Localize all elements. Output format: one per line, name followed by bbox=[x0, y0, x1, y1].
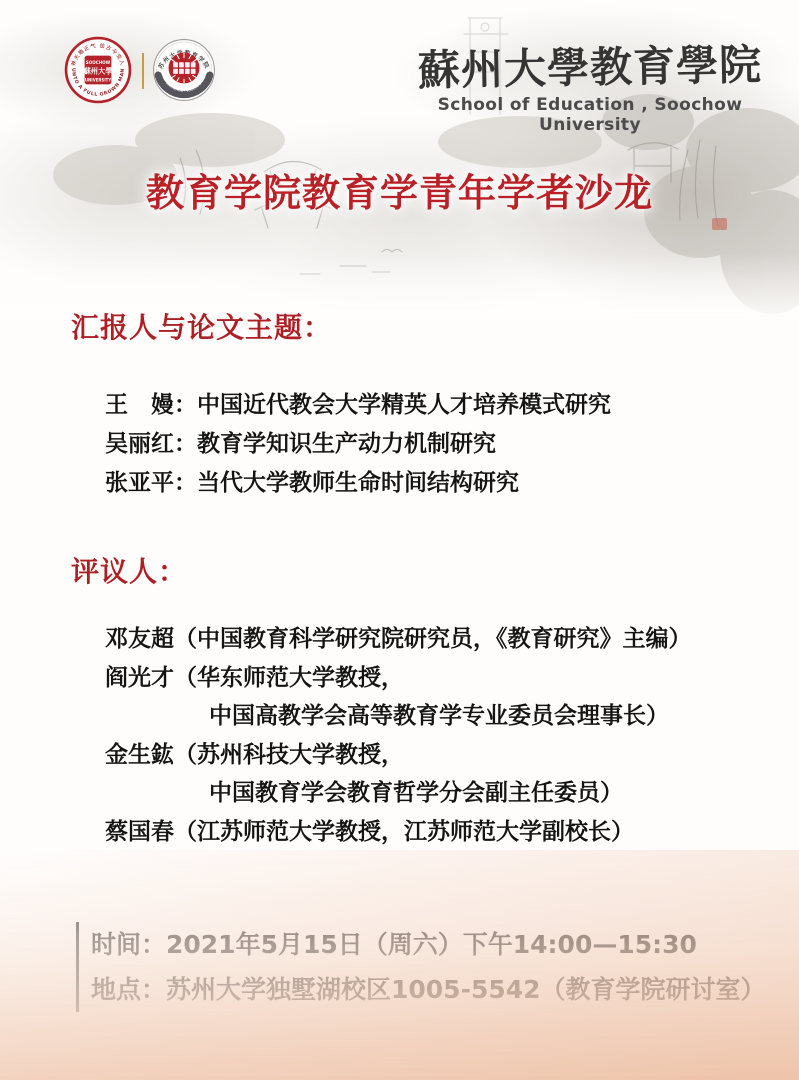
seal-center-en-top: SOOCHOW bbox=[86, 60, 111, 65]
event-poster: 养天地正气 法古今完人 UNTO A FULL GROWN MAN SOOCHO… bbox=[0, 0, 799, 1080]
presenter-item: 王 嫚：中国近代教会大学精英人才培养模式研究 bbox=[105, 386, 761, 425]
soochow-university-seal: 养天地正气 法古今完人 UNTO A FULL GROWN MAN SOOCHO… bbox=[64, 36, 132, 104]
bottom-gradient-decoration bbox=[0, 850, 799, 1080]
poster-content: 汇报人与论文主题： 王 嫚：中国近代教会大学精英人才培养模式研究 吴丽红：教育学… bbox=[71, 306, 761, 851]
presenter-item: 张亚平：当代大学教师生命时间结构研究 bbox=[105, 464, 761, 503]
reviewers-heading: 评议人： bbox=[71, 550, 761, 590]
logo-divider bbox=[142, 53, 144, 89]
reviewer-item-continuation: 中国教育学会教育哲学分会副主任委员） bbox=[209, 774, 761, 813]
reviewer-item: 蔡国春（江苏师范大学教授，江苏师范大学副校长） bbox=[105, 813, 761, 852]
reviewer-item-continuation: 中国高教学会高等教育学专业委员会理事长） bbox=[209, 697, 761, 736]
presenter-item: 吴丽红：教育学知识生产动力机制研究 bbox=[105, 425, 761, 464]
presenter-list: 王 嫚：中国近代教会大学精英人才培养模式研究 吴丽红：教育学知识生产动力机制研究… bbox=[105, 386, 761, 503]
reviewer-item: 金生鈜（苏州科技大学教授， bbox=[105, 736, 761, 775]
brand-block: 蘇州大學教育學院 School of Education , Soochow U… bbox=[405, 44, 775, 135]
red-seal-stamp bbox=[712, 218, 727, 230]
school-of-education-seal: 苏州大学教育学院 SCHOOL OF EDUCATION · SOOCHOW U… bbox=[151, 38, 217, 104]
brand-calligraphy-cn: 蘇州大學教育學院 bbox=[405, 41, 776, 98]
seal-center-cn: 蘇州大學 bbox=[84, 67, 114, 76]
brand-subtitle-en: School of Education , Soochow University bbox=[405, 95, 775, 135]
reviewer-item: 邓友超（中国教育科学研究院研究员，《教育研究》主编） bbox=[105, 620, 761, 659]
seal-center-en-bottom: UNIVERSITY bbox=[85, 77, 112, 82]
reviewer-item: 阎光才（华东师范大学教授， bbox=[105, 659, 761, 698]
presenters-heading: 汇报人与论文主题： bbox=[71, 306, 761, 346]
poster-title: 教育学院教育学青年学者沙龙 bbox=[0, 162, 799, 217]
reviewer-list: 邓友超（中国教育科学研究院研究员，《教育研究》主编） 阎光才（华东师范大学教授，… bbox=[105, 620, 761, 851]
